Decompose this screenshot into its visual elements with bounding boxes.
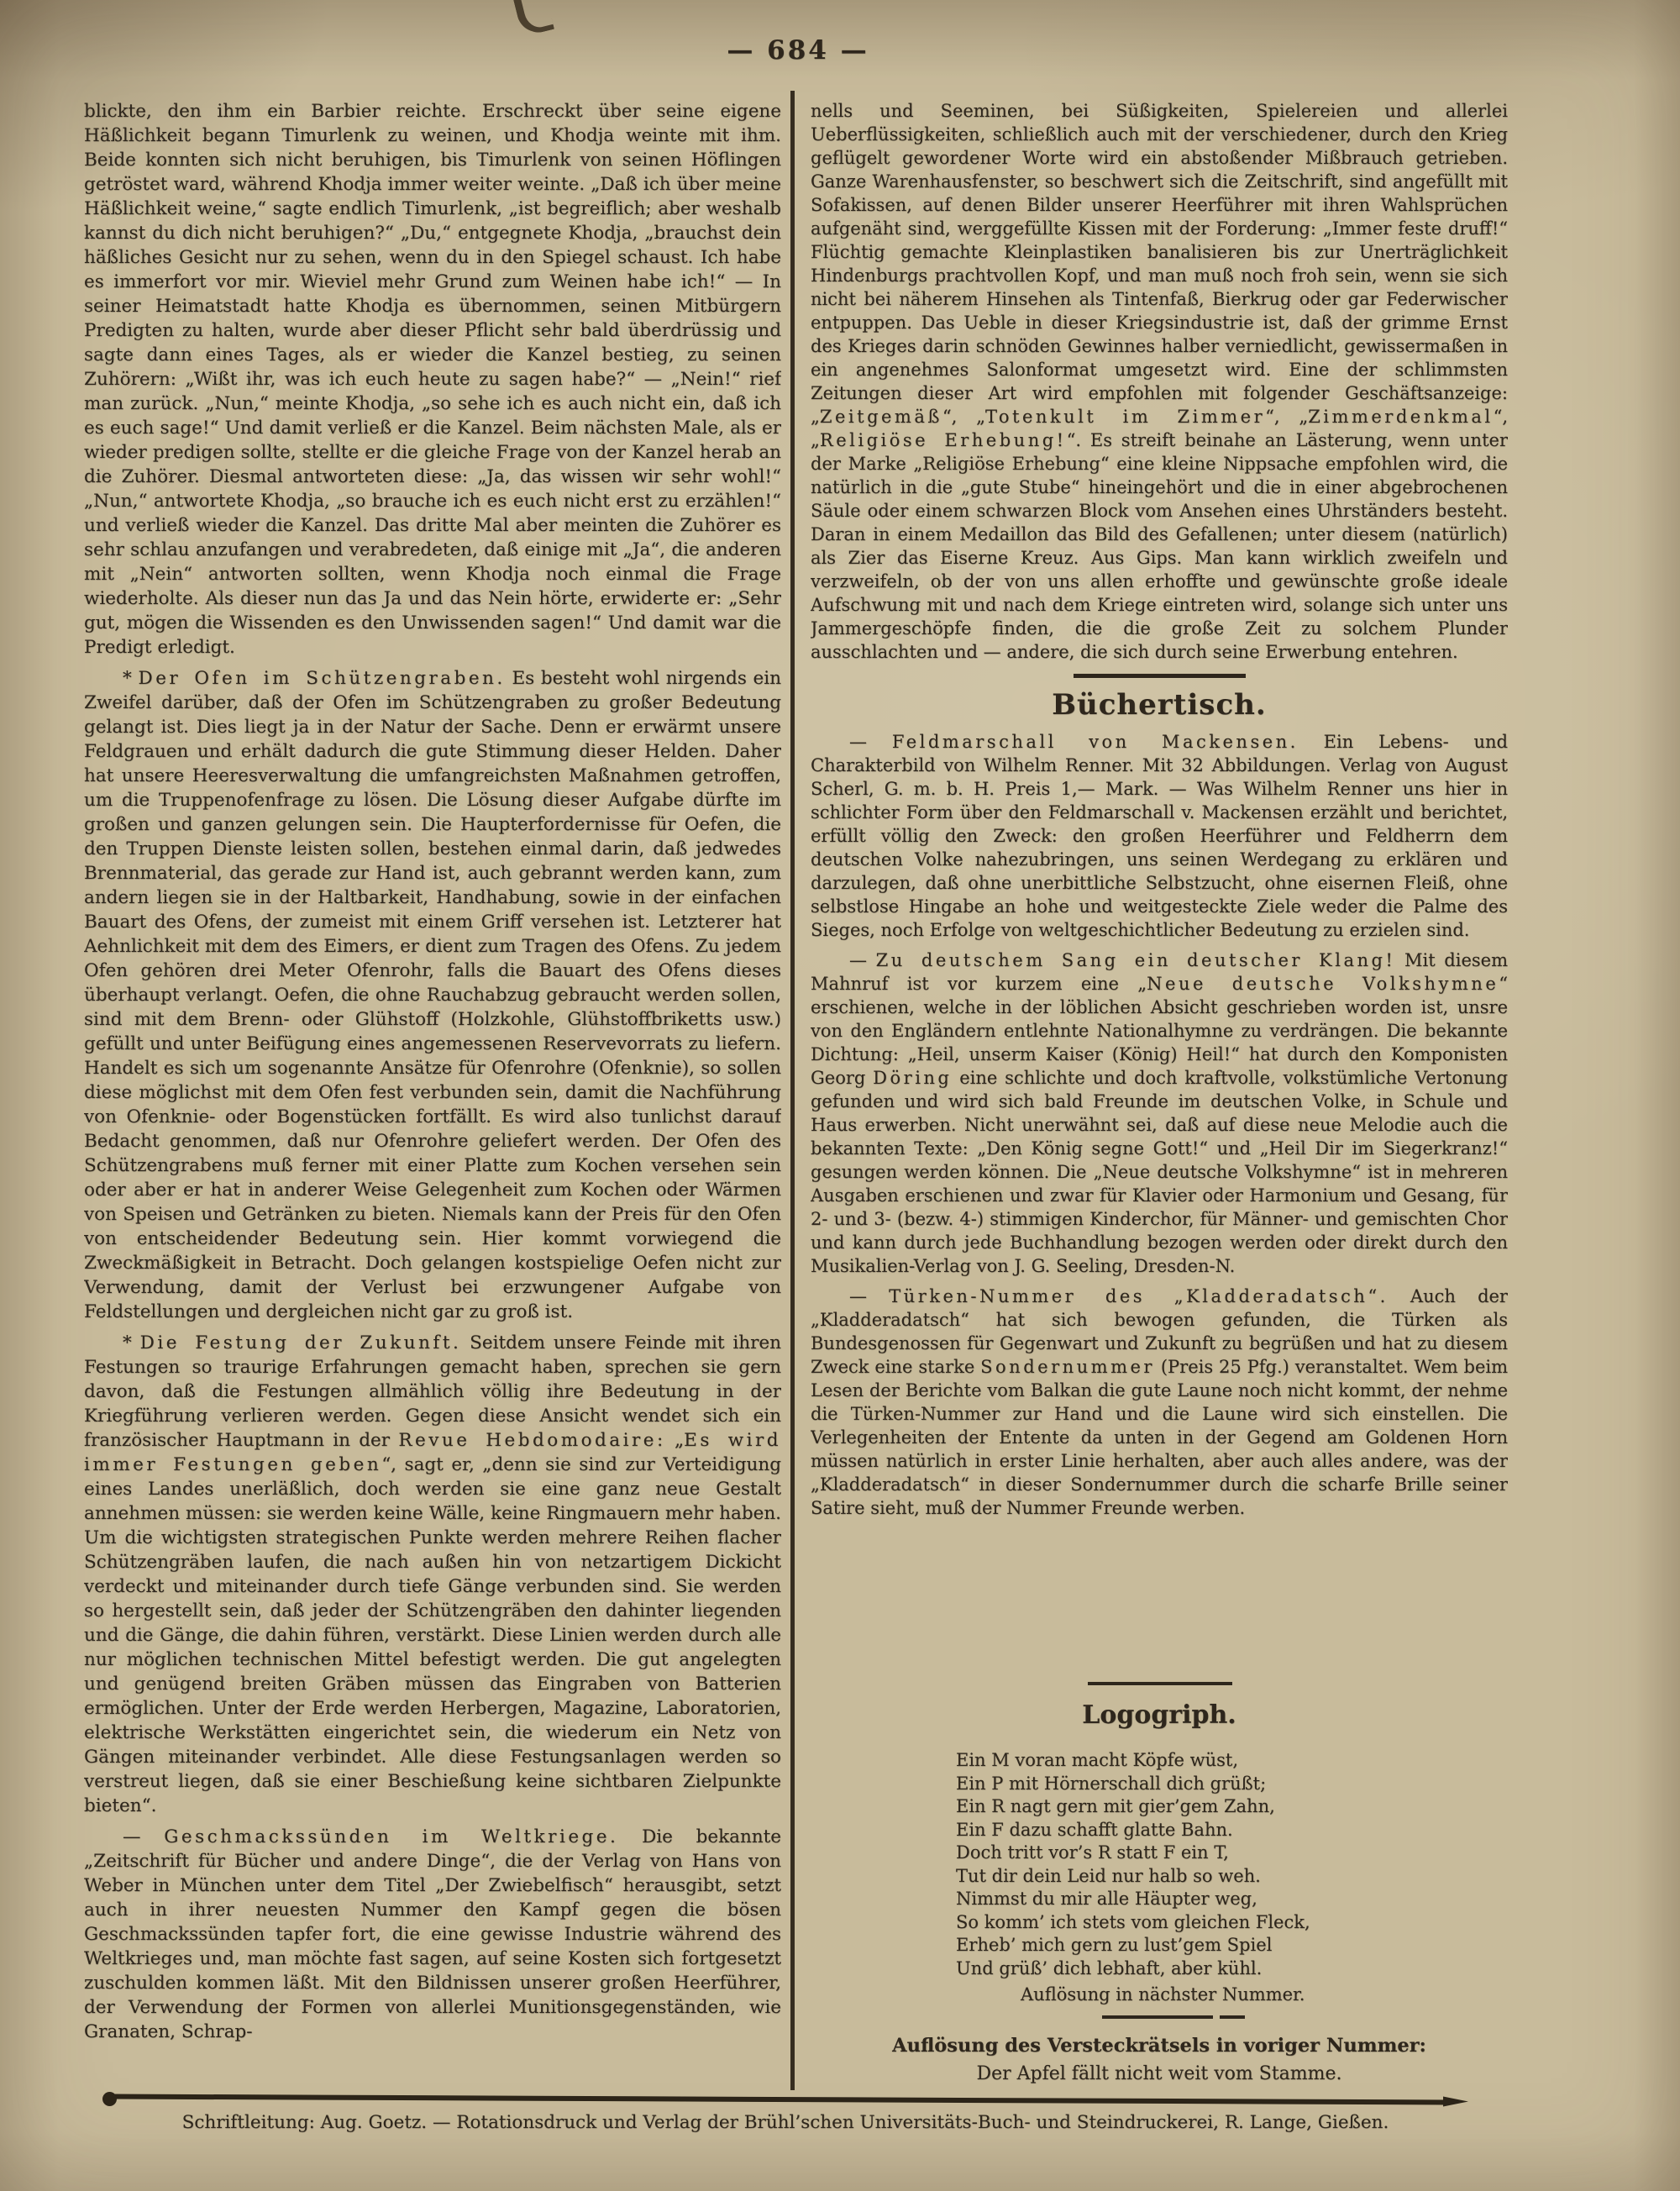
text-segment: “, „: [1265, 407, 1308, 427]
text-segment: eine schlichte und doch kraftvolle, volk…: [811, 1068, 1508, 1276]
page-curl-mark: [513, 0, 554, 37]
emphasized-text-segment: Totenkult im Zimmer: [985, 407, 1265, 427]
left-column: blickte, den ihm ein Barbier reichte. Er…: [84, 99, 781, 2092]
small-separator-rule: [1102, 2015, 1213, 2019]
review-volkshymne: — Zu deutschem Sang ein deutscher Klang!…: [811, 948, 1508, 1278]
previous-puzzle-solution-title: Auflösung des Versteckrätsels in voriger…: [811, 2035, 1508, 2057]
review-kladderadatsch: — Türken-Nummer des „Kladderadatsch“. Au…: [811, 1285, 1508, 1520]
right-column: nells und Seeminen, bei Süßigkeiten, Spi…: [811, 99, 1508, 1689]
text-segment: Ein Lebens- und Charakterbild von Wilhel…: [811, 732, 1508, 940]
text-segment: *: [123, 668, 138, 689]
text-segment: Es besteht wohl nirgends ein Zweifel dar…: [84, 668, 781, 1322]
text-segment: “, „: [942, 407, 985, 427]
emphasized-text-segment: Die Festung der Zukunft.: [140, 1332, 462, 1353]
text-segment: blickte, den ihm ein Barbier reichte. Er…: [84, 101, 781, 658]
text-segment: *: [123, 1332, 140, 1353]
text-segment: —: [849, 732, 892, 752]
text-segment: (Preis 25 Pfg.) veranstaltet. Wem beim L…: [811, 1357, 1508, 1518]
text-segment: „: [666, 1430, 684, 1451]
emphasized-text-segment: Zimmerdenkmal: [1308, 407, 1493, 427]
column-divider-rule: [790, 91, 795, 2090]
paragraph-geschmackssuenden-continued: nells und Seeminen, bei Süßigkeiten, Spi…: [811, 99, 1508, 664]
emphasized-text-segment: Neue deutsche Volkshymne: [1147, 974, 1499, 994]
text-segment: —: [849, 1286, 889, 1306]
emphasized-text-segment: Türken-Nummer des „Kladderadatsch“.: [889, 1286, 1389, 1306]
paragraph-anecdote-khodja: blickte, den ihm ein Barbier reichte. Er…: [84, 99, 781, 659]
footer-rule: [111, 2094, 1448, 2105]
emphasized-text-segment: Geschmackssünden im Weltkriege.: [164, 1826, 618, 1847]
poem-line: Doch tritt vor’s R statt F ein T,: [956, 1842, 1310, 1865]
poem-line: Ein P mit Hörnerschall dich grüßt;: [956, 1773, 1310, 1796]
paragraph-ofen-im-schuetzengraben: * Der Ofen im Schützengraben. Es besteht…: [84, 666, 781, 1324]
emphasized-text-segment: Religiöse Erhebung!: [820, 430, 1067, 450]
puzzle-solution-note: Auflösung in nächster Nummer.: [1021, 1984, 1305, 2004]
emphasized-text-segment: Feldmarschall von Mackensen.: [892, 732, 1299, 752]
poem-line: Ein M voran macht Köpfe wüst,: [956, 1749, 1310, 1773]
puzzle-heading-logogriph: Logogriph.: [811, 1700, 1508, 1730]
small-separator-rule-end: [1220, 2015, 1245, 2019]
text-segment: nells und Seeminen, bei Süßigkeiten, Spi…: [811, 101, 1508, 427]
text-segment: —: [123, 1826, 164, 1847]
poem-line: Und grüß’ dich lebhaft, aber kühl.: [956, 1957, 1310, 1981]
emphasized-text-segment: Zeitgemäß: [820, 407, 942, 427]
emphasized-text-segment: Revue Hebdomodaire:: [398, 1430, 665, 1451]
text-segment: “, sagt er, „denn sie sind zur Verteidig…: [84, 1454, 781, 1816]
poem-line: So komm’ ich stets vom gleichen Fleck,: [956, 1911, 1310, 1935]
review-mackensen: — Feldmarschall von Mackensen. Ein Leben…: [811, 730, 1508, 942]
imprint-line: Schriftleitung: Aug. Goetz. — Rotationsd…: [101, 2112, 1470, 2133]
previous-puzzle-solution-text: Der Apfel fällt nicht weit vom Stamme.: [811, 2063, 1508, 2084]
poem-line: Nimmst du mir alle Häupter weg,: [956, 1888, 1310, 1911]
poem-line: Tut dir dein Leid nur halb so weh.: [956, 1865, 1310, 1889]
section-separator-rule: [1074, 674, 1246, 678]
paragraph-festung-der-zukunft: * Die Festung der Zukunft. Seitdem unser…: [84, 1331, 781, 1818]
puzzle-separator-rule: [1088, 1682, 1232, 1685]
poem-line: Ein R nagt gern mit gier’gem Zahn,: [956, 1795, 1310, 1819]
paragraph-geschmackssuenden: — Geschmackssünden im Weltkriege. Die be…: [84, 1825, 781, 2044]
logogriph-poem: Ein M voran macht Köpfe wüst, Ein P mit …: [956, 1749, 1310, 1980]
emphasized-text-segment: Sondernummer: [980, 1357, 1155, 1377]
emphasized-text-segment: Zu deutschem Sang ein deutscher Klang!: [876, 950, 1396, 970]
page-number: — 684 —: [690, 35, 906, 66]
poem-line: Erheb’ mich gern zu lust’gem Spiel: [956, 1934, 1310, 1957]
text-segment: —: [849, 950, 876, 970]
footer-rule-right-ornament: [1443, 2095, 1468, 2108]
text-segment: Die bekannte „Zeitschrift für Bücher und…: [84, 1826, 781, 2042]
emphasized-text-segment: Der Ofen im Schützengraben.: [138, 668, 505, 689]
emphasized-text-segment: Döring: [873, 1068, 952, 1088]
section-heading-buechertisch: Büchertisch.: [811, 693, 1508, 717]
poem-line: Ein F dazu schafft glatte Bahn.: [956, 1819, 1310, 1842]
text-segment: “. Es streift beinahe an Lästerung, wenn…: [811, 430, 1508, 662]
scanned-journal-page: — 684 — blickte, den ihm ein Barbier rei…: [0, 0, 1680, 2191]
